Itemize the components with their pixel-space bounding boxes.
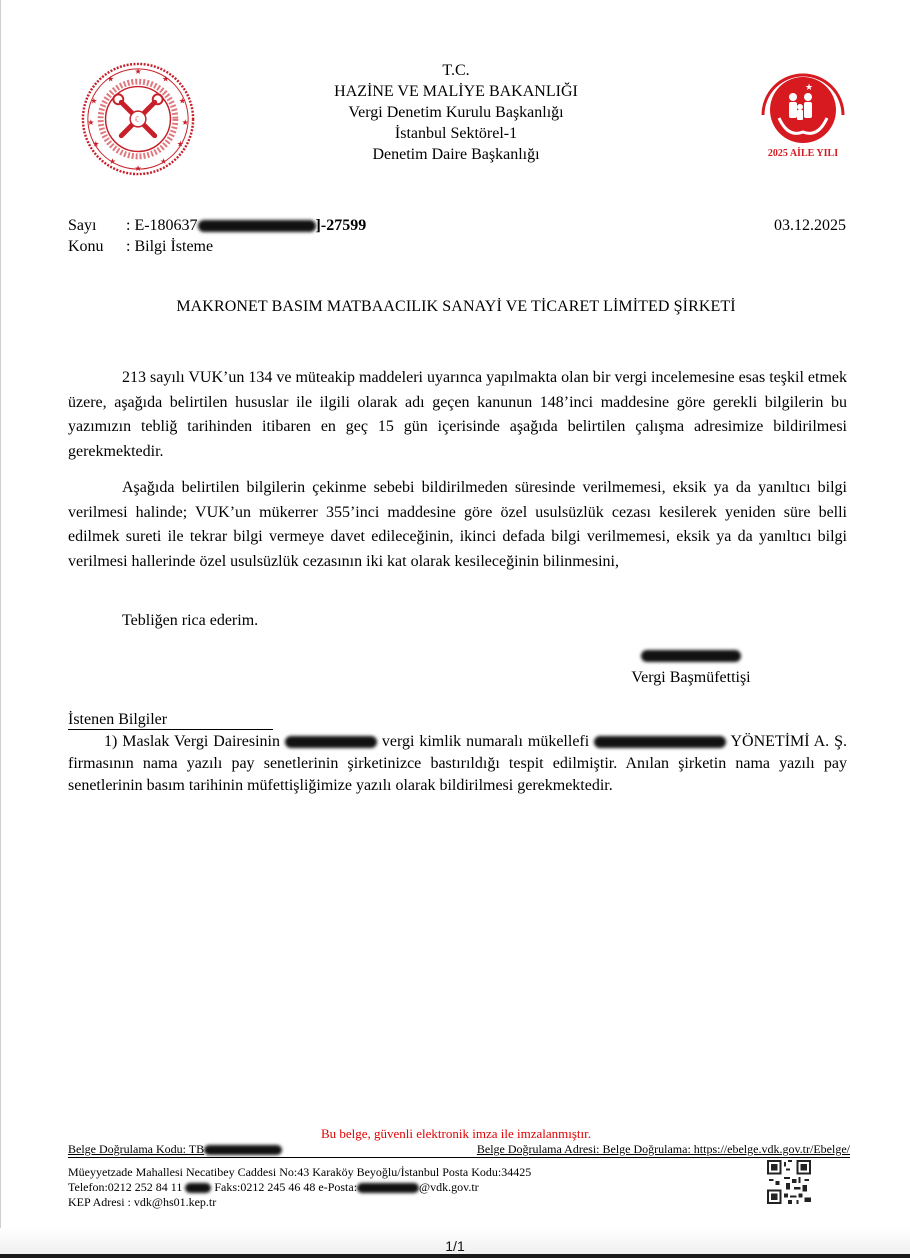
kep-address: KEP Adresi : vdk@hs01.kep.tr <box>68 1195 531 1210</box>
institution-header: T.C. HAZİNE VE MALİYE BAKANLIĞI Vergi De… <box>1 60 910 165</box>
recipient-company: MAKRONET BASIM MATBAACILIK SANAYİ VE TİC… <box>1 298 910 316</box>
redacted-company-name <box>594 736 726 748</box>
header-sector: İstanbul Sektörel-1 <box>1 123 910 144</box>
document-page: ★ ★ ★ ★ ★ ★ ★ ★ ★ ★ ★ ★ ☾ ★ <box>0 0 909 1253</box>
paragraph-1: 213 sayılı VUK’un 134 ve müteakip maddel… <box>68 366 847 464</box>
header-ministry: HAZİNE VE MALİYE BAKANLIĞI <box>1 81 910 102</box>
item-text-b: vergi kimlik numaralı mükellefi <box>382 733 589 750</box>
redacted-extension <box>185 1183 211 1193</box>
requested-item-1: 1) Maslak Vergi Dairesinin vergi kimlik … <box>68 731 847 797</box>
qr-code-icon <box>767 1160 811 1204</box>
redacted-signer-name <box>641 650 741 662</box>
header-tc: T.C. <box>1 60 910 81</box>
phone-fax-email: Telefon:0212 252 84 11 Faks:0212 245 46 … <box>68 1180 531 1195</box>
requested-info-title: İstenen Bilgiler <box>68 711 273 730</box>
verify-address-link[interactable]: Belge Doğrulama Adresi: Belge Doğrulama:… <box>477 1141 850 1157</box>
sayi-label: Sayı <box>68 215 126 236</box>
konu-value: : Bilgi İsteme <box>126 236 213 257</box>
header-department: Denetim Daire Başkanlığı <box>1 144 910 165</box>
paragraph-2: Aşağıda belirtilen bilgilerin çekinme se… <box>68 476 847 574</box>
document-meta: Sayı : E-180637]-27599 Konu : Bilgi İste… <box>68 215 366 257</box>
redacted-sayi <box>198 220 316 232</box>
paragraph-closing: Tebliğen rica ederim. <box>68 609 847 634</box>
svg-text:★: ★ <box>134 164 141 173</box>
address-line: Müeyyetzade Mahallesi Necatibey Caddesi … <box>68 1165 531 1180</box>
header-board: Vergi Denetim Kurulu Başkanlığı <box>1 102 910 123</box>
sayi-suffix: ]-27599 <box>316 217 367 234</box>
konu-label: Konu <box>68 236 126 257</box>
verify-code: Belge Doğrulama Kodu: TB <box>68 1141 282 1157</box>
signer-title: Vergi Başmüfettişi <box>581 667 801 689</box>
page-indicator: 1/1 <box>0 1238 910 1254</box>
viewer-bottom-border <box>0 1254 910 1258</box>
redacted-verify-code <box>204 1145 282 1155</box>
sayi-prefix: : E-180637 <box>126 217 198 234</box>
signature-block: Vergi Başmüfettişi <box>581 645 801 689</box>
redacted-tax-id <box>285 736 377 748</box>
esign-notice: Bu belge, güvenli elektronik imza ile im… <box>1 1126 910 1142</box>
contact-address: Müeyyetzade Mahallesi Necatibey Caddesi … <box>68 1165 531 1210</box>
item-text-a: 1) Maslak Vergi Dairesinin <box>104 733 280 750</box>
redacted-email-user <box>357 1183 419 1193</box>
verification-row: Belge Doğrulama Kodu: TB Belge Doğrulama… <box>68 1141 850 1158</box>
document-date: 03.12.2025 <box>774 215 846 236</box>
